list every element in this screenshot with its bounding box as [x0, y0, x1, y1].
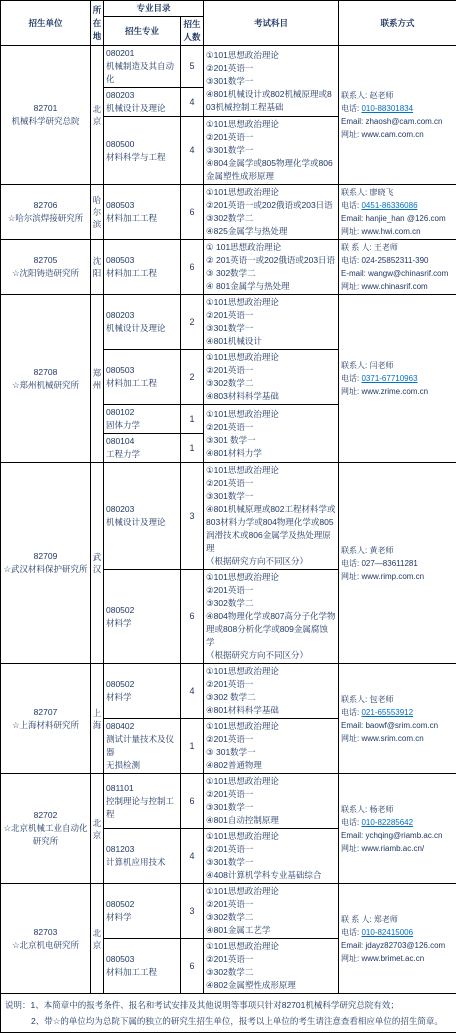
unit-line: ☆北京机电研究所 — [3, 939, 88, 952]
major-row: 82705☆沈阳铸造研究所沈阳080503材料加工工程6① 101思想政治理论②… — [1, 240, 456, 295]
exam-subject-line: （根据研究方向不同区分） — [206, 555, 336, 568]
contact-line: 联系人: 黄老师 — [341, 544, 454, 557]
contact-cell: 联系人: 黄老师电话: 027—83611281网址: www.rimp.com… — [339, 463, 456, 664]
contact-label: 联 系 人: 王老师 — [341, 243, 398, 252]
catalog-table-body: 82701机械科学研究总院北京080201机械制造及其自动化5①101思想政治理… — [1, 46, 456, 994]
unit-line: 82703 — [3, 926, 88, 939]
major-cell: 080402测试计量技术及仪器无损检测 — [104, 719, 181, 774]
exam-subject-line: ④801金属工艺学 — [206, 924, 336, 937]
unit-line: ☆武汉材料保护研究所 — [3, 563, 88, 576]
unit-cell: 82702☆北京机械工业自动化研究所 — [1, 774, 91, 884]
quota-cell: 2 — [181, 350, 204, 405]
major-cell: 080102固体力学 — [104, 405, 181, 434]
phone-link[interactable]: 021-65553912 — [361, 708, 413, 717]
exam-cell: ①101思想政治理论②201英语一③301数学一④801机械设计 — [204, 295, 339, 350]
major-cell: 081203计算机应用技术 — [104, 829, 181, 884]
exam-cell: ①101思想政治理论②201英语一③ 301数学一④802普通物理 — [204, 719, 339, 774]
exam-subject-line: ② 201英语一或202俄语或203日语 — [206, 254, 336, 267]
major-line: 材料加工工程 — [106, 377, 178, 390]
exam-subject-line: ①101思想政治理论 — [206, 571, 336, 584]
exam-subject-line: ①101思想政治理论 — [206, 118, 336, 131]
major-line: 机械制造及其自动化 — [106, 60, 178, 86]
location-char: 尔 — [91, 206, 103, 218]
exam-subject-line: ④801机械设计或802机械原理或803机械控制工程基础 — [206, 88, 336, 114]
header-contact: 联系方式 — [339, 1, 456, 46]
contact-line: 电话: 0371-67710963 — [341, 372, 454, 385]
exam-subject-line: ③301数学一 — [206, 144, 336, 157]
major-line: 080102 — [106, 406, 178, 419]
exam-subject-line: ①101思想政治理论 — [206, 49, 336, 62]
exam-subject-line: ②201英语一或202俄语或203日语 — [206, 199, 336, 212]
exam-subject-line: ④801自动控制原理 — [206, 814, 336, 827]
major-line: 材料科学与工程 — [106, 151, 178, 164]
major-line: 固体力学 — [106, 419, 178, 432]
major-line: 080503 — [106, 199, 178, 212]
contact-cell: 联系人: 廖晓飞电话: 0451-86336086Email: hanjie_h… — [339, 185, 456, 240]
quota-cell: 6 — [181, 774, 204, 829]
contact-line: 联 系 人: 郑老师 — [341, 913, 454, 926]
contact-label: 联系人: 廖晓飞 — [341, 188, 393, 197]
quota-cell: 3 — [181, 463, 204, 570]
contact-line: Email: zhaosh@cam.com.cn — [341, 115, 454, 128]
exam-subject-line: ③301数学一 — [206, 801, 336, 814]
location-char: 北 — [91, 103, 103, 115]
unit-cell: 82708☆郑州机械研究所 — [1, 295, 91, 463]
quota-cell: 6 — [181, 185, 204, 240]
exam-cell: ①101思想政治理论②201英语一③302 数学二④801材料科学基础 — [204, 664, 339, 719]
header-major: 招生专业 — [104, 17, 181, 46]
major-row: 82702☆北京机械工业自动化研究所北京081101控制理论与控制工程6①101… — [1, 774, 456, 829]
phone-link[interactable]: 010-82285642 — [361, 818, 413, 827]
location-char: 京 — [91, 939, 103, 951]
contact-label: 联系人: 赵老师 — [341, 91, 393, 100]
quota-cell: 3 — [181, 884, 204, 939]
location-char: 海 — [91, 719, 103, 731]
exam-subject-line: ④801材料力学 — [206, 447, 336, 460]
location-char: 州 — [91, 379, 103, 391]
major-line: 材料加工工程 — [106, 267, 178, 280]
major-line: 080201 — [106, 47, 178, 60]
exam-subject-line: ③302数学二 — [206, 212, 336, 225]
exam-cell: ①101思想政治理论②201英语一③301 数学一④801材料力学 — [204, 405, 339, 463]
major-cell: 080203机械设计及理论 — [104, 463, 181, 570]
location-char: 阳 — [91, 267, 103, 279]
location-char: 北 — [91, 927, 103, 939]
quota-cell: 4 — [181, 829, 204, 884]
unit-cell: 82707☆上海材料研究所 — [1, 664, 91, 774]
major-line: 080503 — [106, 254, 178, 267]
major-cell: 080203机械设计及理论 — [104, 88, 181, 117]
quota-cell: 6 — [181, 939, 204, 994]
exam-cell: ①101思想政治理论②201英语一③301数学一④408计算机学科专业基础综合 — [204, 829, 339, 884]
exam-cell: ①101思想政治理论②201英语一③301数学一④801自动控制原理 — [204, 774, 339, 829]
header-subjects: 考试科目 — [204, 1, 339, 46]
major-line: 080503 — [106, 364, 178, 377]
location-char: 滨 — [91, 218, 103, 230]
exam-cell: ① 101思想政治理论② 201英语一或202俄语或203日语③ 302数学二④… — [204, 240, 339, 295]
exam-subject-line: ②201英语一 — [206, 898, 336, 911]
major-cell: 080503材料加工工程 — [104, 350, 181, 405]
exam-subject-line: ②201英语一 — [206, 309, 336, 322]
major-line: 080104 — [106, 435, 178, 448]
quota-cell: 1 — [181, 434, 204, 463]
contact-cell: 联系人: 闫老师电话: 0371-67710963网址: www.zrime.c… — [339, 295, 456, 463]
contact-label: 联系人: 闫老师 — [341, 361, 393, 370]
contact-line: 电话: 024-25852311-390 — [341, 254, 454, 267]
admissions-catalog-table: 招生单位 所在地 专业目录 考试科目 联系方式 招生专业 招生人数 82701机… — [0, 0, 456, 1033]
header-location: 所在地 — [91, 1, 104, 46]
exam-cell: ①101思想政治理论②201英语一③302数学二④803材料科学基础 — [204, 350, 339, 405]
unit-line: 82709 — [3, 550, 88, 563]
major-row: 82708☆郑州机械研究所郑州080203机械设计及理论2①101思想政治理论②… — [1, 295, 456, 350]
exam-subject-line: ③302数学二 — [206, 966, 336, 979]
exam-subject-line: ④825金属学与热处理 — [206, 225, 336, 238]
major-line: 080502 — [106, 678, 178, 691]
exam-cell: ①101思想政治理论②201英语一③301数学一④804金属学或805物理化学或… — [204, 117, 339, 185]
exam-subject-line: ②201英语一 — [206, 477, 336, 490]
exam-subject-line: ④803材料科学基础 — [206, 390, 336, 403]
contact-label: 电话: 027—83611281 — [341, 559, 418, 568]
unit-cell: 82709☆武汉材料保护研究所 — [1, 463, 91, 664]
contact-line: Email: jdayz82703@126.com — [341, 939, 454, 952]
location-char: 哈 — [91, 194, 103, 206]
unit-cell: 82705☆沈阳铸造研究所 — [1, 240, 91, 295]
location-char: 京 — [91, 115, 103, 127]
contact-line: Email: ychqing@riamb.ac.cn — [341, 829, 454, 842]
contact-line: 网址: www.riamb.ac.cn/ — [341, 842, 454, 855]
exam-subject-line: ③301数学一 — [206, 856, 336, 869]
header-unit: 招生单位 — [1, 1, 91, 46]
unit-line: 82705 — [3, 254, 88, 267]
major-cell: 080502材料学 — [104, 570, 181, 664]
note-line-2: 2、带☆的单位均为总院下属的独立的研究生招生单位，报考以上单位的考生请注意查看相… — [5, 1013, 452, 1029]
quota-cell: 1 — [181, 405, 204, 434]
unit-cell: 82706☆哈尔滨焊接研究所 — [1, 185, 91, 240]
contact-cell: 联系人: 包老师电话: 021-65553912Email: baowf@sri… — [339, 664, 456, 774]
contact-line: 网址: www.brimet.ac.cn — [341, 952, 454, 965]
major-cell: 080503材料加工工程 — [104, 185, 181, 240]
contact-label: 电话: — [341, 104, 361, 113]
exam-subject-line: （根据研究方向不同区分） — [206, 649, 336, 662]
major-row: 82701机械科学研究总院北京080201机械制造及其自动化5①101思想政治理… — [1, 46, 456, 88]
contact-label: 网址: www.zrime.com.cn — [341, 387, 428, 396]
quota-cell: 2 — [181, 295, 204, 350]
location-cell: 北京 — [91, 774, 104, 884]
major-cell: 080503材料加工工程 — [104, 939, 181, 994]
exam-subject-line: ③302数学二 — [206, 377, 336, 390]
exam-subject-line: ③302数学二 — [206, 911, 336, 924]
contact-line: 联系人: 赵老师 — [341, 89, 454, 102]
major-row: 82709☆武汉材料保护研究所武汉080203机械设计及理论3①101思想政治理… — [1, 463, 456, 570]
note-line-1: 说明：1、本简章中的报考条件、报名和考试安排及其他说明等事项只针对82701机械… — [5, 997, 452, 1013]
exam-cell: ①101思想政治理论②201英语一③301数学一④801机械设计或802机械原理… — [204, 46, 339, 117]
exam-subject-line: ①101思想政治理论 — [206, 408, 336, 421]
exam-subject-line: ③302数学二 — [206, 597, 336, 610]
phone-link[interactable]: 010-82415006 — [361, 928, 413, 937]
contact-line: Email: hanjie_han @126.com — [341, 212, 454, 225]
major-line: 材料加工工程 — [106, 966, 178, 979]
contact-cell: 联系人: 杨老师电话: 010-82285642Email: ychqing@r… — [339, 774, 456, 884]
exam-subject-line: ④801材料科学基础 — [206, 704, 336, 717]
contact-line: 联系人: 包老师 — [341, 693, 454, 706]
major-line: 080502 — [106, 898, 178, 911]
exam-subject-line: ④801机械原理或802工程材料学或803材料力学或804物理化学或805润滑技… — [206, 503, 336, 555]
major-cell: 080503材料加工工程 — [104, 240, 181, 295]
exam-subject-line: ③ 301数学一 — [206, 746, 336, 759]
contact-cell: 联系人: 赵老师电话: 010-88301834Email: zhaosh@ca… — [339, 46, 456, 185]
exam-subject-line: ②201英语一 — [206, 421, 336, 434]
exam-subject-line: ②201英语一 — [206, 364, 336, 377]
contact-line: 电话: 021-65553912 — [341, 706, 454, 719]
contact-line: 电话: 027—83611281 — [341, 557, 454, 570]
quota-cell: 1 — [181, 719, 204, 774]
major-line: 材料学 — [106, 617, 178, 630]
major-line: 080203 — [106, 89, 178, 102]
exam-subject-line: ④802普通物理 — [206, 759, 336, 772]
contact-label: 网址: www.riamb.ac.cn/ — [341, 844, 424, 853]
exam-cell: ①101思想政治理论②201英语一③301数学一④801机械原理或802工程材料… — [204, 463, 339, 570]
contact-cell: 联 系 人: 王老师电话: 024-25852311-390E-mail: wa… — [339, 240, 456, 295]
unit-line: 82707 — [3, 706, 88, 719]
major-cell: 080201机械制造及其自动化 — [104, 46, 181, 88]
major-line: 080500 — [106, 138, 178, 151]
location-char: 武 — [91, 551, 103, 563]
location-char: 汉 — [91, 563, 103, 575]
exam-subject-line: ①101思想政治理论 — [206, 464, 336, 477]
contact-line: 网址: www.zrime.com.cn — [341, 385, 454, 398]
contact-label: E-mail: wangw@chinasrif.com — [341, 269, 448, 278]
major-cell: 081101控制理论与控制工程 — [104, 774, 181, 829]
exam-subject-line: ④801机械设计 — [206, 335, 336, 348]
exam-subject-line: ①101思想政治理论 — [206, 186, 336, 199]
location-cell: 沈阳 — [91, 240, 104, 295]
exam-subject-line: ①101思想政治理论 — [206, 830, 336, 843]
unit-line: ☆哈尔滨焊接研究所 — [3, 212, 88, 225]
major-line: 无损检测 — [106, 759, 178, 772]
exam-subject-line: ②201英语一 — [206, 584, 336, 597]
contact-line: 联系人: 杨老师 — [341, 803, 454, 816]
quota-cell: 6 — [181, 570, 204, 664]
unit-line: ☆上海材料研究所 — [3, 719, 88, 732]
exam-subject-line: ①101思想政治理论 — [206, 665, 336, 678]
major-line: 081203 — [106, 843, 178, 856]
exam-subject-line: ①101思想政治理论 — [206, 940, 336, 953]
contact-label: 网址: www.rimp.com.cn — [341, 572, 424, 581]
exam-subject-line: ③301数学一 — [206, 490, 336, 503]
contact-label: 联系人: 黄老师 — [341, 546, 393, 555]
exam-subject-line: ②201英语一 — [206, 953, 336, 966]
location-char: 京 — [91, 829, 103, 841]
contact-label: 电话: — [341, 708, 361, 717]
unit-cell: 82703☆北京机电研究所 — [1, 884, 91, 994]
major-line: 计算机应用技术 — [106, 856, 178, 869]
phone-link[interactable]: 010-88301834 — [361, 104, 413, 113]
contact-label: 网址: www.hwi.com.cn — [341, 227, 421, 236]
exam-subject-line: ③ 302数学二 — [206, 267, 336, 280]
major-line: 材料加工工程 — [106, 212, 178, 225]
exam-subject-line: ①101思想政治理论 — [206, 720, 336, 733]
major-cell: 080104工程力学 — [104, 434, 181, 463]
unit-line: 82706 — [3, 199, 88, 212]
major-line: 测试计量技术及仪器 — [106, 733, 178, 759]
major-line: 材料学 — [106, 911, 178, 924]
contact-line: 网址: www.cam.com.cn — [341, 128, 454, 141]
location-cell: 北京 — [91, 46, 104, 185]
major-line: 控制理论与控制工程 — [106, 795, 178, 821]
major-line: 080203 — [106, 503, 178, 516]
unit-line: ☆郑州机械研究所 — [3, 379, 88, 392]
major-row: 82703☆北京机电研究所北京080502材料学3①101思想政治理论②201英… — [1, 884, 456, 939]
contact-label: 网址: www.srim.com.cn — [341, 734, 424, 743]
unit-line: 82702 — [3, 809, 88, 822]
contact-line: 网址: www.srim.com.cn — [341, 732, 454, 745]
contact-label: 联 系 人: 郑老师 — [341, 915, 398, 924]
location-char: 上 — [91, 707, 103, 719]
exam-subject-line: ④804金属学或805物理化学或806金属塑性成形原理 — [206, 157, 336, 183]
location-cell: 上海 — [91, 664, 104, 774]
exam-subject-line: ③301数学一 — [206, 322, 336, 335]
exam-subject-line: ④ 801金属学与热处理 — [206, 280, 336, 293]
contact-line: 电话: 010-82285642 — [341, 816, 454, 829]
exam-subject-line: ①101思想政治理论 — [206, 775, 336, 788]
exam-subject-line: ②201英语一 — [206, 843, 336, 856]
location-cell: 郑州 — [91, 295, 104, 463]
contact-line: 联系人: 廖晓飞 — [341, 186, 454, 199]
contact-label: Email: ychqing@riamb.ac.cn — [341, 831, 443, 840]
major-line: 080402 — [106, 720, 178, 733]
contact-line: 电话: 010-88301834 — [341, 102, 454, 115]
contact-label: Email: zhaosh@cam.com.cn — [341, 117, 443, 126]
major-line: 机械设计及理论 — [106, 322, 178, 335]
major-line: 080502 — [106, 604, 178, 617]
contact-line: 联系人: 闫老师 — [341, 359, 454, 372]
location-cell: 哈尔滨 — [91, 185, 104, 240]
exam-subject-line: ③302 数学二 — [206, 691, 336, 704]
contact-cell: 联 系 人: 郑老师电话: 010-82415006Email: jdayz82… — [339, 884, 456, 994]
table-header: 招生单位 所在地 专业目录 考试科目 联系方式 招生专业 招生人数 — [1, 1, 456, 46]
exam-subject-line: ②201英语一 — [206, 733, 336, 746]
contact-label: 电话: — [341, 201, 361, 210]
contact-label: 联系人: 杨老师 — [341, 805, 393, 814]
notes-cell: 说明：1、本简章中的报考条件、报名和考试安排及其他说明等事项只针对82701机械… — [1, 994, 456, 1033]
location-cell: 武汉 — [91, 463, 104, 664]
major-cell: 080203机械设计及理论 — [104, 295, 181, 350]
exam-subject-line: ① 101思想政治理论 — [206, 241, 336, 254]
contact-label: 网址: www.cam.com.cn — [341, 130, 424, 139]
contact-label: 联系人: 包老师 — [341, 695, 393, 704]
contact-label: Email: baowf@srim.com.cn — [341, 721, 438, 730]
contact-label: 网址: www.chinasrif.com — [341, 282, 428, 291]
exam-subject-line: ②201英语一 — [206, 678, 336, 691]
unit-line: ☆沈阳铸造研究所 — [3, 267, 88, 280]
contact-line: 网址: www.hwi.com.cn — [341, 225, 454, 238]
exam-subject-line: ②201英语一 — [206, 131, 336, 144]
major-cell: 080502材料学 — [104, 664, 181, 719]
contact-line: 网址: www.chinasrif.com — [341, 280, 454, 293]
exam-subject-line: ①101思想政治理论 — [206, 296, 336, 309]
major-cell: 080500材料科学与工程 — [104, 117, 181, 185]
quota-cell: 5 — [181, 46, 204, 88]
location-char: 北 — [91, 817, 103, 829]
location-cell: 北京 — [91, 884, 104, 994]
major-line: 材料学 — [106, 691, 178, 704]
unit-cell: 82701机械科学研究总院 — [1, 46, 91, 185]
contact-label: 电话: — [341, 818, 361, 827]
exam-subject-line: ④804物理化学或807高分子化学物理或808分析化学或809金属腐蚀学 — [206, 610, 336, 649]
major-line: 080203 — [106, 309, 178, 322]
exam-subject-line: ③301 数学一 — [206, 434, 336, 447]
major-line: 工程力学 — [106, 448, 178, 461]
contact-line: 网址: www.rimp.com.cn — [341, 570, 454, 583]
quota-cell: 4 — [181, 664, 204, 719]
location-char: 沈 — [91, 255, 103, 267]
quota-cell: 6 — [181, 240, 204, 295]
exam-subject-line: ③301数学一 — [206, 75, 336, 88]
exam-subject-line: ②201英语一 — [206, 62, 336, 75]
header-quota: 招生人数 — [181, 17, 204, 46]
phone-link[interactable]: 0371-67710963 — [361, 374, 417, 383]
unit-line: 82701 — [3, 102, 88, 115]
contact-line: 电话: 010-82415006 — [341, 926, 454, 939]
exam-subject-line: ①101思想政治理论 — [206, 885, 336, 898]
phone-link[interactable]: 0451-86336086 — [361, 201, 417, 210]
contact-label: 电话: — [341, 928, 361, 937]
major-line: 081101 — [106, 782, 178, 795]
unit-line: 机械科学研究总院 — [3, 115, 88, 128]
contact-label: 电话: — [341, 374, 361, 383]
contact-label: 网址: www.brimet.ac.cn — [341, 954, 424, 963]
major-cell: 080502材料学 — [104, 884, 181, 939]
exam-cell: ①101思想政治理论②201英语一③302数学二④804物理化学或807高分子化… — [204, 570, 339, 664]
unit-line: ☆北京机械工业自动化研究所 — [3, 822, 88, 848]
exam-cell: ①101思想政治理论②201英语一③302数学二④802金属塑性成形原理 — [204, 939, 339, 994]
major-line: 机械设计及理论 — [106, 102, 178, 115]
unit-line: 82708 — [3, 366, 88, 379]
contact-label: Email: hanjie_han @126.com — [341, 214, 446, 223]
major-line: 080503 — [106, 953, 178, 966]
contact-line: 电话: 0451-86336086 — [341, 199, 454, 212]
exam-cell: ①101思想政治理论②201英语一③302数学二④801金属工艺学 — [204, 884, 339, 939]
header-catalog: 专业目录 — [104, 1, 204, 17]
contact-label: 电话: 024-25852311-390 — [341, 256, 428, 265]
exam-cell: ①101思想政治理论②201英语一或202俄语或203日语③302数学二④825… — [204, 185, 339, 240]
contact-label: Email: jdayz82703@126.com — [341, 941, 445, 950]
quota-cell: 4 — [181, 117, 204, 185]
major-row: 82707☆上海材料研究所上海080502材料学4①101思想政治理论②201英… — [1, 664, 456, 719]
major-line: 机械设计及理论 — [106, 516, 178, 529]
major-row: 82706☆哈尔滨焊接研究所哈尔滨080503材料加工工程6①101思想政治理论… — [1, 185, 456, 240]
contact-line: E-mail: wangw@chinasrif.com — [341, 267, 454, 280]
exam-subject-line: ④408计算机学科专业基础综合 — [206, 869, 336, 882]
exam-subject-line: ②201英语一 — [206, 788, 336, 801]
contact-line: 联 系 人: 王老师 — [341, 241, 454, 254]
quota-cell: 4 — [181, 88, 204, 117]
exam-subject-line: ④802金属塑性成形原理 — [206, 979, 336, 992]
location-char: 郑 — [91, 367, 103, 379]
contact-line: Email: baowf@srim.com.cn — [341, 719, 454, 732]
exam-subject-line: ①101思想政治理论 — [206, 351, 336, 364]
